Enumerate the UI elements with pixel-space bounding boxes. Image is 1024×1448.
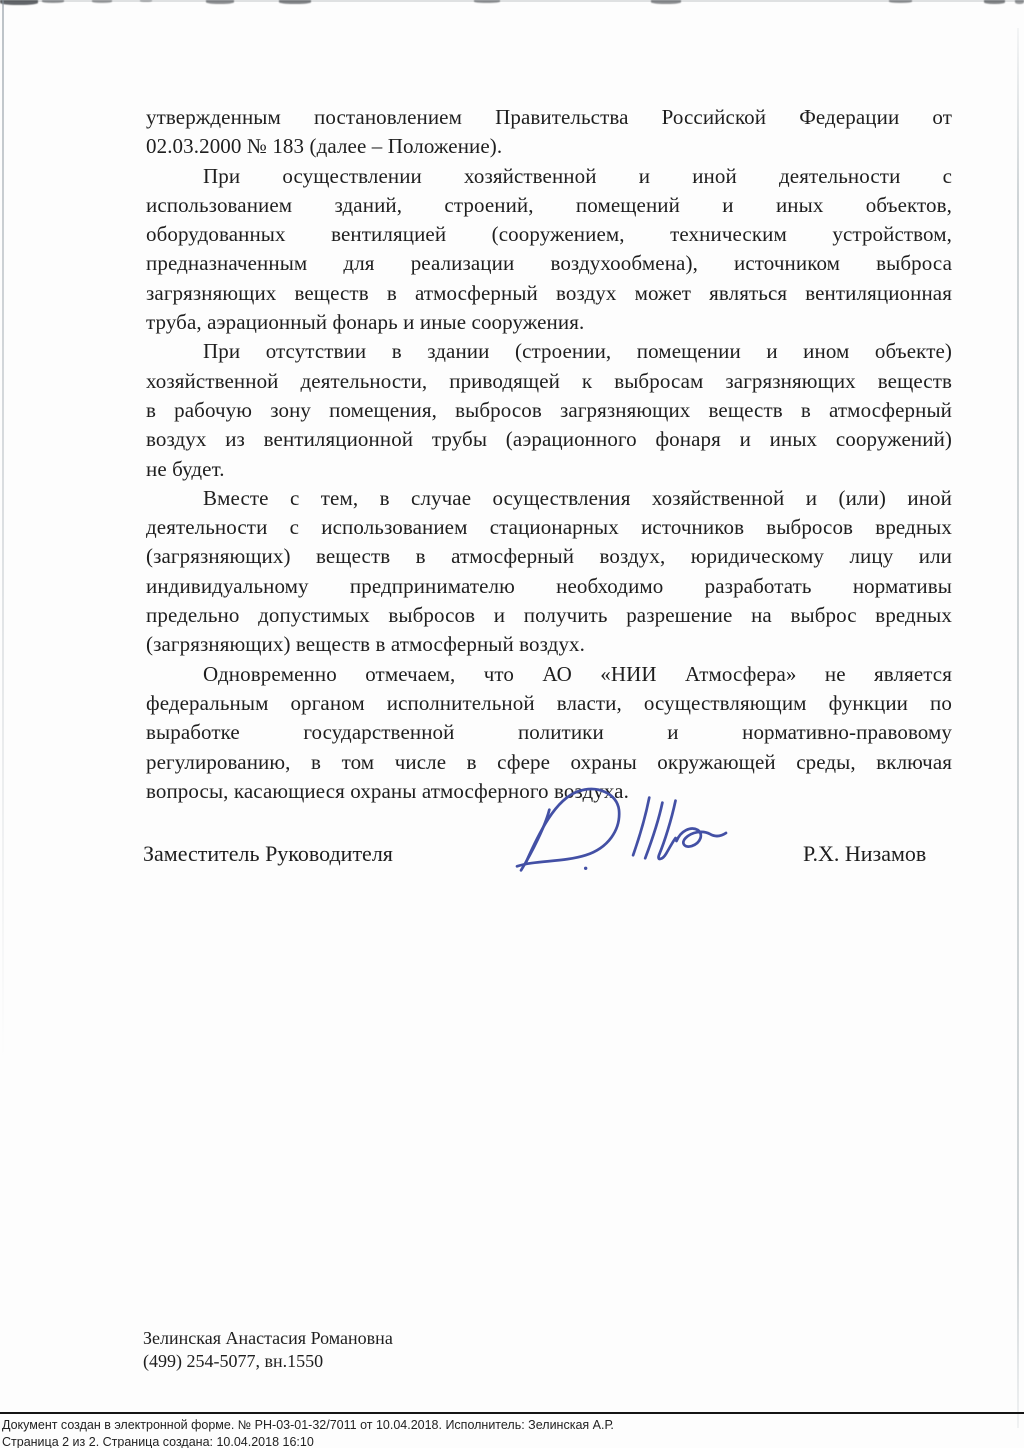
scan-left-edge-artifact (2, 0, 4, 1060)
executor-phone: (499) 254-5077, вн.1550 (143, 1350, 393, 1373)
scan-smudge (140, 0, 152, 2)
body-line: (загрязняющих) веществ в атмосферный воз… (146, 630, 952, 659)
scan-smudge (206, 0, 234, 4)
letter-body: утвержденным постановлением Правительств… (146, 103, 952, 806)
footer-divider (0, 1412, 1024, 1414)
footer-line1: Документ создан в электронной форме. № Р… (2, 1417, 1022, 1434)
body-line: использованием зданий, строений, помещен… (146, 191, 952, 220)
executor-name: Зелинская Анастасия Романовна (143, 1327, 393, 1350)
body-line: индивидуальному предпринимателю необходи… (146, 572, 952, 601)
scan-smudge (92, 0, 112, 3)
scan-top-edge-artifact (0, 0, 1024, 2)
scan-smudge (42, 0, 64, 3)
body-line: предельно допустимых выбросов и получить… (146, 601, 952, 630)
scan-smudge (279, 0, 311, 4)
signer-title: Заместитель Руководителя (143, 841, 393, 867)
body-line: Вместе с тем, в случае осуществления хоз… (146, 484, 952, 513)
body-line: выработке государственной политики и нор… (146, 718, 952, 747)
scan-smudge (651, 0, 681, 4)
body-line: загрязняющих веществ в атмосферный возду… (146, 279, 952, 308)
body-line: в рабочую зону помещения, выбросов загря… (146, 396, 952, 425)
footer-line2: Страница 2 из 2. Страница создана: 10.04… (2, 1434, 1022, 1448)
body-line: При осуществлении хозяйственной и иной д… (146, 162, 952, 191)
body-line: воздух из вентиляционной трубы (аэрацион… (146, 425, 952, 454)
body-line: (загрязняющих) веществ в атмосферный воз… (146, 542, 952, 571)
executor-contact: Зелинская Анастасия Романовна (499) 254-… (143, 1327, 393, 1373)
body-line: оборудованных вентиляцией (сооружением, … (146, 220, 952, 249)
body-line: Одновременно отмечаем, что АО «НИИ Атмос… (146, 660, 952, 689)
body-line: предназначенным для реализации воздухооб… (146, 249, 952, 278)
body-line: регулированию, в том числе в сфере охран… (146, 748, 952, 777)
footer: Документ создан в электронной форме. № Р… (2, 1417, 1022, 1448)
scan-smudge (474, 0, 500, 3)
body-line: деятельности с использованием стационарн… (146, 513, 952, 542)
scan-smudge (1015, 0, 1024, 4)
body-line: не будет. (146, 455, 952, 484)
body-line: федеральным органом исполнительной власт… (146, 689, 952, 718)
body-line: труба, аэрационный фонарь и иные сооруже… (146, 308, 952, 337)
body-line: хозяйственной деятельности, приводящей к… (146, 367, 952, 396)
body-line: 02.03.2000 № 183 (далее – Положение). (146, 132, 952, 161)
scan-smudge (889, 0, 912, 3)
body-line: утвержденным постановлением Правительств… (146, 103, 952, 132)
body-line: При отсутствии в здании (строении, помещ… (146, 337, 952, 366)
scan-right-edge-artifact (1017, 28, 1019, 1428)
scanned-letter-page: утвержденным постановлением Правительств… (0, 0, 1024, 1448)
scan-smudge (984, 0, 1005, 4)
handwritten-signature-icon (515, 785, 729, 887)
scan-smudge (0, 0, 38, 5)
signer-name: Р.Х. Низамов (803, 841, 926, 867)
